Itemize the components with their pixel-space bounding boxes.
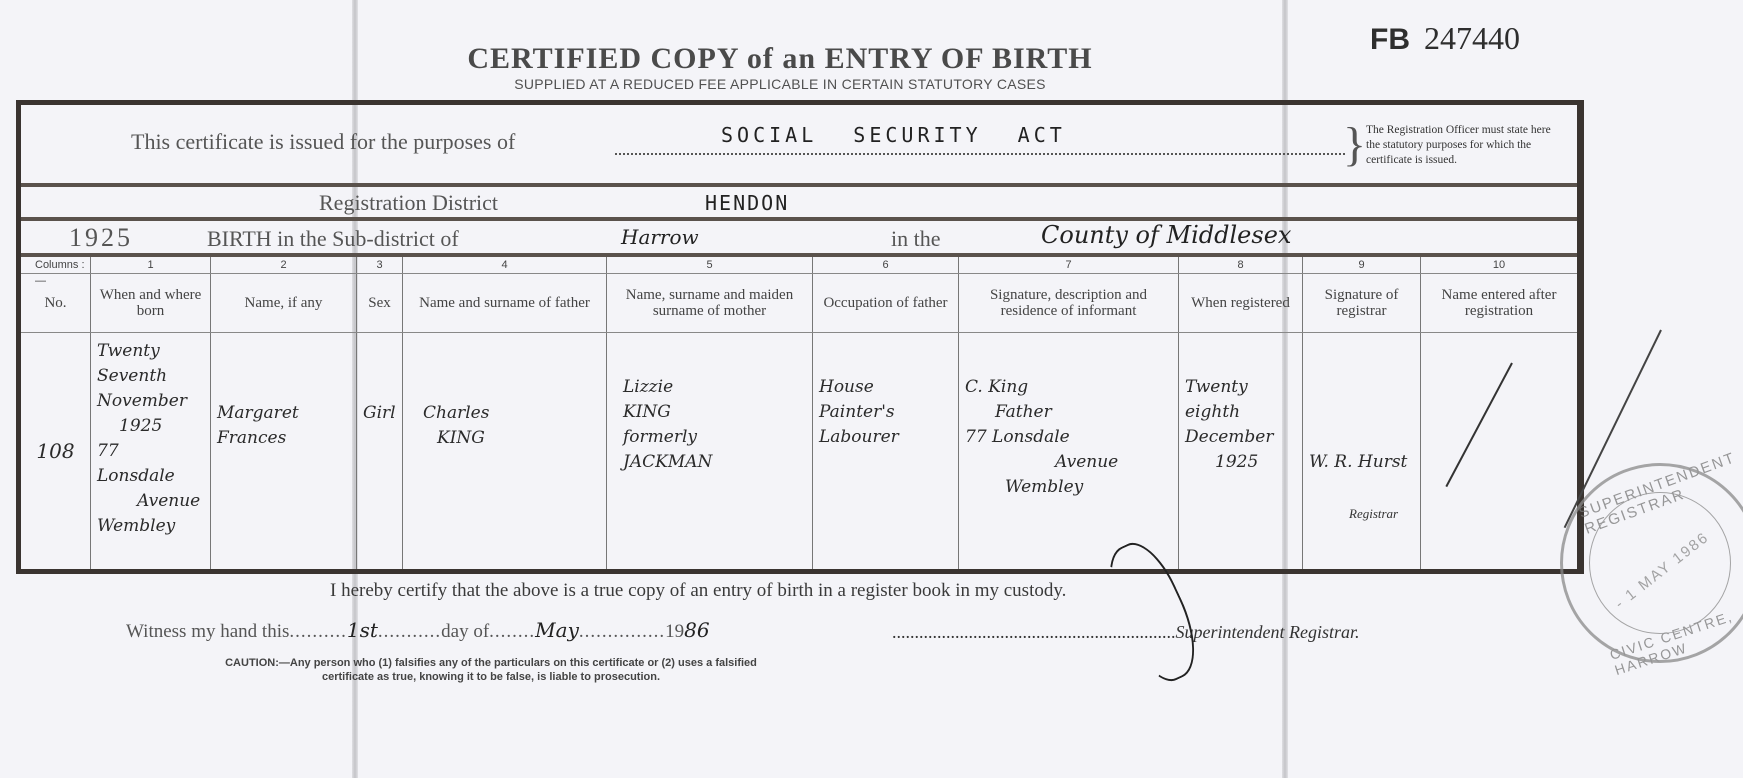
dotted-line: ............... bbox=[579, 621, 665, 642]
superintendent-label: Superintendent Registrar. bbox=[1176, 622, 1360, 642]
column-number: 3 bbox=[357, 257, 403, 273]
entry-informant: C. King Father 77 Lonsdale Avenue Wemble… bbox=[959, 333, 1179, 569]
district-value: HENDON bbox=[705, 191, 789, 215]
text-line: C. King bbox=[965, 375, 1172, 400]
text-line: 1925 bbox=[97, 414, 204, 439]
entry-father: Charles KING bbox=[403, 333, 607, 569]
column-number: 4 bbox=[403, 257, 607, 273]
purpose-value: SOCIAL SECURITY ACT bbox=[721, 123, 1066, 147]
caution-line: certificate as true, knowing it to be fa… bbox=[126, 670, 856, 684]
entry-sex: Girl bbox=[357, 333, 403, 569]
dotted-line: ........... bbox=[378, 621, 441, 642]
witness-label: Witness my hand this bbox=[126, 621, 289, 642]
text-line: KING bbox=[623, 400, 806, 425]
entry-mother: Lizzie KING formerly JACKMAN bbox=[607, 333, 813, 569]
text-line: Charles bbox=[423, 401, 600, 426]
serial-prefix: FB bbox=[1370, 23, 1410, 56]
entry-when-where-born: Twenty Seventh November 1925 77 Lonsdale… bbox=[91, 333, 211, 569]
text-line: House bbox=[819, 375, 952, 400]
header-when-where-born: When and where born bbox=[91, 274, 211, 332]
purpose-row: This certificate is issued for the purpo… bbox=[21, 105, 1577, 187]
text-line: Seventh bbox=[97, 364, 204, 389]
columns-label: Columns :— bbox=[21, 257, 91, 273]
column-headers-row: No. When and where born Name, if any Sex… bbox=[21, 274, 1577, 333]
entry-occupation: House Painter's Labourer bbox=[813, 333, 959, 569]
witness-month: May bbox=[535, 618, 579, 642]
header-sex: Sex bbox=[357, 274, 403, 332]
text-line: 77 bbox=[97, 439, 204, 464]
witness-day: 1st bbox=[347, 618, 378, 642]
entry-when-registered: Twenty eighth December 1925 bbox=[1179, 333, 1303, 569]
subdistrict-row: 1925 BIRTH in the Sub-district of Harrow… bbox=[21, 221, 1577, 257]
text-line: Wembley bbox=[965, 475, 1172, 500]
registrar-signature: W. R. Hurst bbox=[1309, 450, 1414, 475]
purpose-note: The Registration Officer must state here… bbox=[1366, 123, 1566, 168]
text-line: December bbox=[1185, 425, 1296, 450]
entry-registrar-signature: W. R. Hurst Registrar bbox=[1303, 333, 1421, 569]
year-suffix: 86 bbox=[684, 618, 709, 642]
text-line: Painter's bbox=[819, 400, 952, 425]
text-line: Avenue bbox=[965, 450, 1172, 475]
serial-number: FB247440 bbox=[1370, 20, 1520, 57]
header-no: No. bbox=[21, 274, 91, 332]
certificate-frame: This certificate is issued for the purpo… bbox=[16, 100, 1584, 574]
entry-table: Columns :— 1 2 3 4 5 6 7 8 9 10 No. When… bbox=[21, 257, 1577, 569]
caution-notice: CAUTION:—Any person who (1) falsifies an… bbox=[126, 656, 856, 684]
text-line: 77 Lonsdale bbox=[965, 425, 1172, 450]
registration-district-row: Registration District HENDON bbox=[21, 187, 1577, 221]
witness-line: Witness my hand this..........1st.......… bbox=[126, 618, 710, 643]
county-value: County of Middlesex bbox=[1041, 221, 1291, 249]
strike-line bbox=[1445, 363, 1512, 488]
text-line: 1925 bbox=[1185, 450, 1296, 475]
column-number: 10 bbox=[1421, 257, 1577, 273]
purpose-label: This certificate is issued for the purpo… bbox=[131, 129, 515, 155]
registrar-label: Registrar bbox=[1349, 501, 1398, 526]
dotted-line: .......... bbox=[289, 621, 347, 642]
column-number: 2 bbox=[211, 257, 357, 273]
birth-year: 1925 bbox=[69, 223, 133, 253]
in-the-label: in the bbox=[891, 226, 941, 252]
column-numbers-row: Columns :— 1 2 3 4 5 6 7 8 9 10 bbox=[21, 257, 1577, 274]
text-line: Father bbox=[965, 400, 1172, 425]
document-subtitle: SUPPLIED AT A REDUCED FEE APPLICABLE IN … bbox=[380, 76, 1180, 92]
header-name-after-registration: Name entered after registration bbox=[1421, 274, 1577, 332]
text-line: formerly bbox=[623, 425, 806, 450]
header-name: Name, if any bbox=[211, 274, 357, 332]
column-number: 1 bbox=[91, 257, 211, 273]
text-line: Avenue bbox=[97, 489, 204, 514]
header-registrar-signature: Signature of registrar bbox=[1303, 274, 1421, 332]
document-title: CERTIFIED COPY of an ENTRY OF BIRTH bbox=[380, 42, 1180, 76]
dotted-line: ........ bbox=[489, 621, 535, 642]
column-number: 6 bbox=[813, 257, 959, 273]
header-when-registered: When registered bbox=[1179, 274, 1303, 332]
column-number: 8 bbox=[1179, 257, 1303, 273]
header-mother: Name, surname and maiden surname of moth… bbox=[607, 274, 813, 332]
subdistrict-value: Harrow bbox=[621, 225, 699, 249]
entry-number: 108 bbox=[21, 333, 91, 569]
text-line: Frances bbox=[217, 426, 350, 451]
column-number: 9 bbox=[1303, 257, 1421, 273]
text-line: JACKMAN bbox=[623, 450, 806, 475]
caution-line: CAUTION:—Any person who (1) falsifies an… bbox=[126, 656, 856, 670]
serial-digits: 247440 bbox=[1424, 20, 1520, 56]
brace-icon: } bbox=[1343, 121, 1366, 169]
entry-name-after-registration bbox=[1421, 333, 1577, 569]
text-line: KING bbox=[423, 426, 600, 451]
header-occupation: Occupation of father bbox=[813, 274, 959, 332]
year-prefix: 19 bbox=[665, 621, 684, 642]
certification-statement: I hereby certify that the above is a tru… bbox=[330, 580, 1066, 602]
text-line: November bbox=[97, 389, 204, 414]
column-number: 5 bbox=[607, 257, 813, 273]
text-line: Margaret bbox=[217, 401, 350, 426]
text-line: Lizzie bbox=[623, 375, 806, 400]
text-line: Lonsdale bbox=[97, 464, 204, 489]
text-line: Labourer bbox=[819, 425, 952, 450]
header-father: Name and surname of father bbox=[403, 274, 607, 332]
column-number: 7 bbox=[959, 257, 1179, 273]
text-line: Twenty bbox=[97, 339, 204, 364]
district-label: Registration District bbox=[319, 190, 498, 216]
day-of-label: day of bbox=[441, 621, 489, 642]
text-line: eighth bbox=[1185, 400, 1296, 425]
header-informant: Signature, description and residence of … bbox=[959, 274, 1179, 332]
text-line: Wembley bbox=[97, 514, 204, 539]
entry-name: Margaret Frances bbox=[211, 333, 357, 569]
table-row: 108 Twenty Seventh November 1925 77 Lons… bbox=[21, 333, 1577, 569]
subdistrict-label: BIRTH in the Sub-district of bbox=[207, 226, 459, 252]
text-line: Twenty bbox=[1185, 375, 1296, 400]
official-stamp: SUPERINTENDENT REGISTRAR - 1 MAY 1986 CI… bbox=[1560, 463, 1743, 663]
